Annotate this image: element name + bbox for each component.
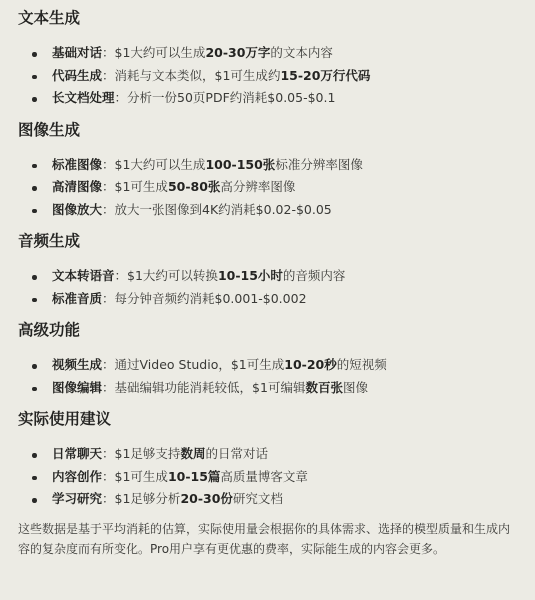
bullet-list: 文本转语音：$1大约可以转换10-15小时的音频内容 标准音质：每分钟音频约消耗…: [18, 265, 521, 310]
list-item: 日常聊天：$1足够支持数周的日常对话: [52, 443, 521, 466]
section-heading: 音频生成: [18, 229, 521, 265]
list-item: 标准图像：$1大约可以生成100-150张标准分辨率图像: [52, 154, 521, 177]
section-usage-tips: 实际使用建议 日常聊天：$1足够支持数周的日常对话 内容创作：$1可生成10-1…: [18, 407, 521, 511]
list-item: 视频生成：通过Video Studio，$1可生成10-20秒的短视频: [52, 354, 521, 377]
list-item: 代码生成：消耗与文本类似，$1可生成约15-20万行代码: [52, 65, 521, 88]
list-item: 图像放大：放大一张图像到4K约消耗$0.02-$0.05: [52, 199, 521, 222]
bullet-list: 视频生成：通过Video Studio，$1可生成10-20秒的短视频 图像编辑…: [18, 354, 521, 399]
section-heading: 文本生成: [18, 6, 521, 42]
list-item: 文本转语音：$1大约可以转换10-15小时的音频内容: [52, 265, 521, 288]
section-text-generation: 文本生成 基础对话：$1大约可以生成20-30万字的文本内容 代码生成：消耗与文…: [18, 6, 521, 110]
list-item: 基础对话：$1大约可以生成20-30万字的文本内容: [52, 42, 521, 65]
list-item: 高清图像：$1可生成50-80张高分辨率图像: [52, 176, 521, 199]
bullet-list: 日常聊天：$1足够支持数周的日常对话 内容创作：$1可生成10-15篇高质量博客…: [18, 443, 521, 511]
list-item: 内容创作：$1可生成10-15篇高质量博客文章: [52, 466, 521, 489]
bullet-list: 标准图像：$1大约可以生成100-150张标准分辨率图像 高清图像：$1可生成5…: [18, 154, 521, 222]
section-advanced-features: 高级功能 视频生成：通过Video Studio，$1可生成10-20秒的短视频…: [18, 318, 521, 399]
section-heading: 实际使用建议: [18, 407, 521, 443]
document-body: 文本生成 基础对话：$1大约可以生成20-30万字的文本内容 代码生成：消耗与文…: [0, 0, 535, 559]
section-image-generation: 图像生成 标准图像：$1大约可以生成100-150张标准分辨率图像 高清图像：$…: [18, 118, 521, 222]
list-item: 长文档处理：分析一份50页PDF约消耗$0.05-$0.1: [52, 87, 521, 110]
section-audio-generation: 音频生成 文本转语音：$1大约可以转换10-15小时的音频内容 标准音质：每分钟…: [18, 229, 521, 310]
bullet-list: 基础对话：$1大约可以生成20-30万字的文本内容 代码生成：消耗与文本类似，$…: [18, 42, 521, 110]
list-item: 标准音质：每分钟音频约消耗$0.001-$0.002: [52, 288, 521, 311]
footnote-paragraph: 这些数据是基于平均消耗的估算，实际使用量会根据你的具体需求、选择的模型质量和生成…: [18, 519, 521, 559]
list-item: 图像编辑：基础编辑功能消耗较低，$1可编辑数百张图像: [52, 377, 521, 400]
section-heading: 图像生成: [18, 118, 521, 154]
section-heading: 高级功能: [18, 318, 521, 354]
list-item: 学习研究：$1足够分析20-30份研究文档: [52, 488, 521, 511]
